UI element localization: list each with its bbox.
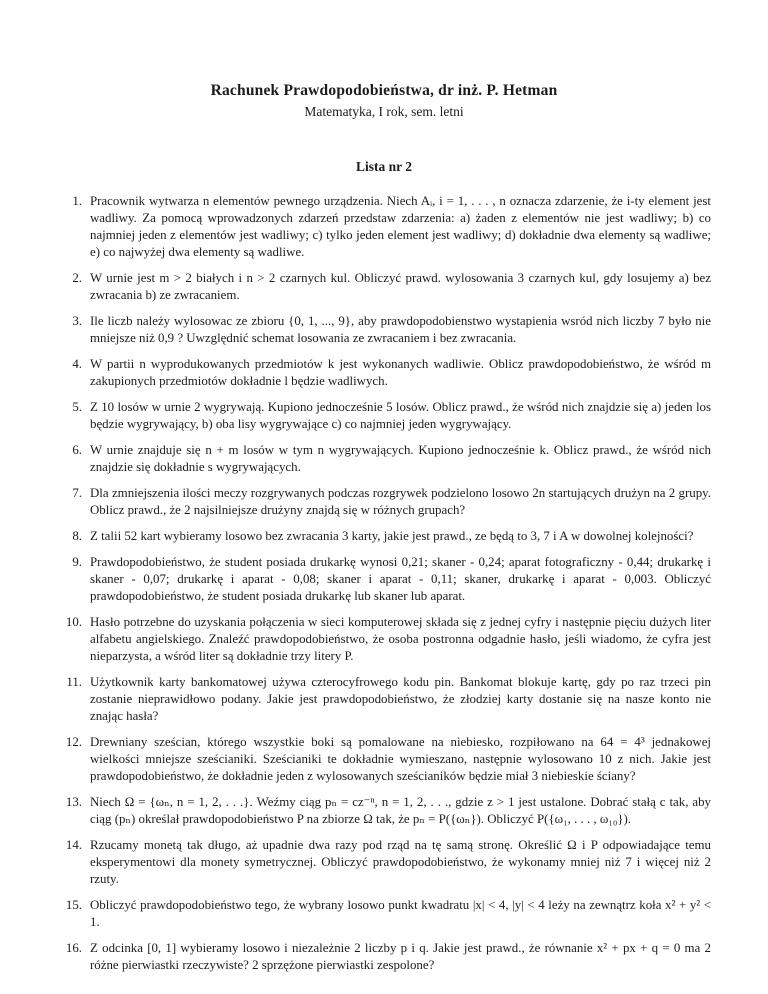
document-title: Rachunek Prawdopodobieństwa, dr inż. P. …: [0, 82, 768, 100]
document-page: Rachunek Prawdopodobieństwa, dr inż. P. …: [0, 0, 768, 994]
problem-text: Pracownik wytwarza n elementów pewnego u…: [90, 193, 711, 261]
problem-text: Drewniany sześcian, którego wszystkie bo…: [90, 734, 711, 785]
problem-number: 15.: [58, 897, 82, 914]
problem-text: Obliczyć prawdopodobieństwo tego, że wyb…: [90, 897, 711, 931]
document-subtitle: Matematyka, I rok, sem. letni: [0, 104, 768, 120]
problem-text: Rzucamy monetą tak długo, aż upadnie dwa…: [90, 837, 711, 888]
problem-number: 10.: [58, 614, 82, 631]
problem-item: 11. Użytkownik karty bankomatowej używa …: [58, 674, 711, 725]
problem-text: Z 10 losów w urnie 2 wygrywają. Kupiono …: [90, 399, 711, 433]
problem-number: 14.: [58, 837, 82, 854]
problem-item: 2. W urnie jest m > 2 białych i n > 2 cz…: [58, 270, 711, 304]
problem-number: 2.: [58, 270, 82, 287]
problem-item: 16. Z odcinka [0, 1] wybieramy losowo i …: [58, 940, 711, 974]
problem-text: W partii n wyprodukowanych przedmiotów k…: [90, 356, 711, 390]
problem-item: 6. W urnie znajduje się n + m losów w ty…: [58, 442, 711, 476]
problem-item: 8. Z talii 52 kart wybieramy losowo bez …: [58, 528, 711, 545]
problem-list: 1. Pracownik wytwarza n elementów pewneg…: [58, 193, 711, 974]
list-title: Lista nr 2: [0, 159, 768, 175]
problem-item: 5. Z 10 losów w urnie 2 wygrywają. Kupio…: [58, 399, 711, 433]
problem-number: 5.: [58, 399, 82, 416]
problem-item: 12. Drewniany sześcian, którego wszystki…: [58, 734, 711, 785]
problem-item: 15. Obliczyć prawdopodobieństwo tego, że…: [58, 897, 711, 931]
problem-text: Niech Ω = {ωₙ, n = 1, 2, . . .}. Weźmy c…: [90, 794, 711, 828]
problem-text: Z odcinka [0, 1] wybieramy losowo i niez…: [90, 940, 711, 974]
problem-text: Użytkownik karty bankomatowej używa czte…: [90, 674, 711, 725]
problem-text: Z talii 52 kart wybieramy losowo bez zwr…: [90, 528, 711, 545]
problem-number: 3.: [58, 313, 82, 330]
problem-number: 16.: [58, 940, 82, 957]
problem-text: Hasło potrzebne do uzyskania połączenia …: [90, 614, 711, 665]
problem-item: 7. Dla zmniejszenia ilości meczy rozgryw…: [58, 485, 711, 519]
problem-item: 9. Prawdopodobieństwo, że student posiad…: [58, 554, 711, 605]
problem-item: 3. Ile liczb należy wylosowac ze zbioru …: [58, 313, 711, 347]
problem-item: 14. Rzucamy monetą tak długo, aż upadnie…: [58, 837, 711, 888]
problem-text: Prawdopodobieństwo, że student posiada d…: [90, 554, 711, 605]
problem-text: Dla zmniejszenia ilości meczy rozgrywany…: [90, 485, 711, 519]
problem-item: 13. Niech Ω = {ωₙ, n = 1, 2, . . .}. Weź…: [58, 794, 711, 828]
problem-number: 12.: [58, 734, 82, 751]
problem-number: 13.: [58, 794, 82, 811]
problem-text: Ile liczb należy wylosowac ze zbioru {0,…: [90, 313, 711, 347]
document-header: Rachunek Prawdopodobieństwa, dr inż. P. …: [0, 0, 768, 120]
problem-number: 6.: [58, 442, 82, 459]
problem-number: 8.: [58, 528, 82, 545]
problem-text: W urnie jest m > 2 białych i n > 2 czarn…: [90, 270, 711, 304]
problem-item: 10. Hasło potrzebne do uzyskania połącze…: [58, 614, 711, 665]
problem-number: 4.: [58, 356, 82, 373]
problem-number: 11.: [58, 674, 82, 691]
problem-item: 1. Pracownik wytwarza n elementów pewneg…: [58, 193, 711, 261]
problem-text: W urnie znajduje się n + m losów w tym n…: [90, 442, 711, 476]
problem-number: 7.: [58, 485, 82, 502]
problem-number: 1.: [58, 193, 82, 210]
problem-item: 4. W partii n wyprodukowanych przedmiotó…: [58, 356, 711, 390]
problem-number: 9.: [58, 554, 82, 571]
